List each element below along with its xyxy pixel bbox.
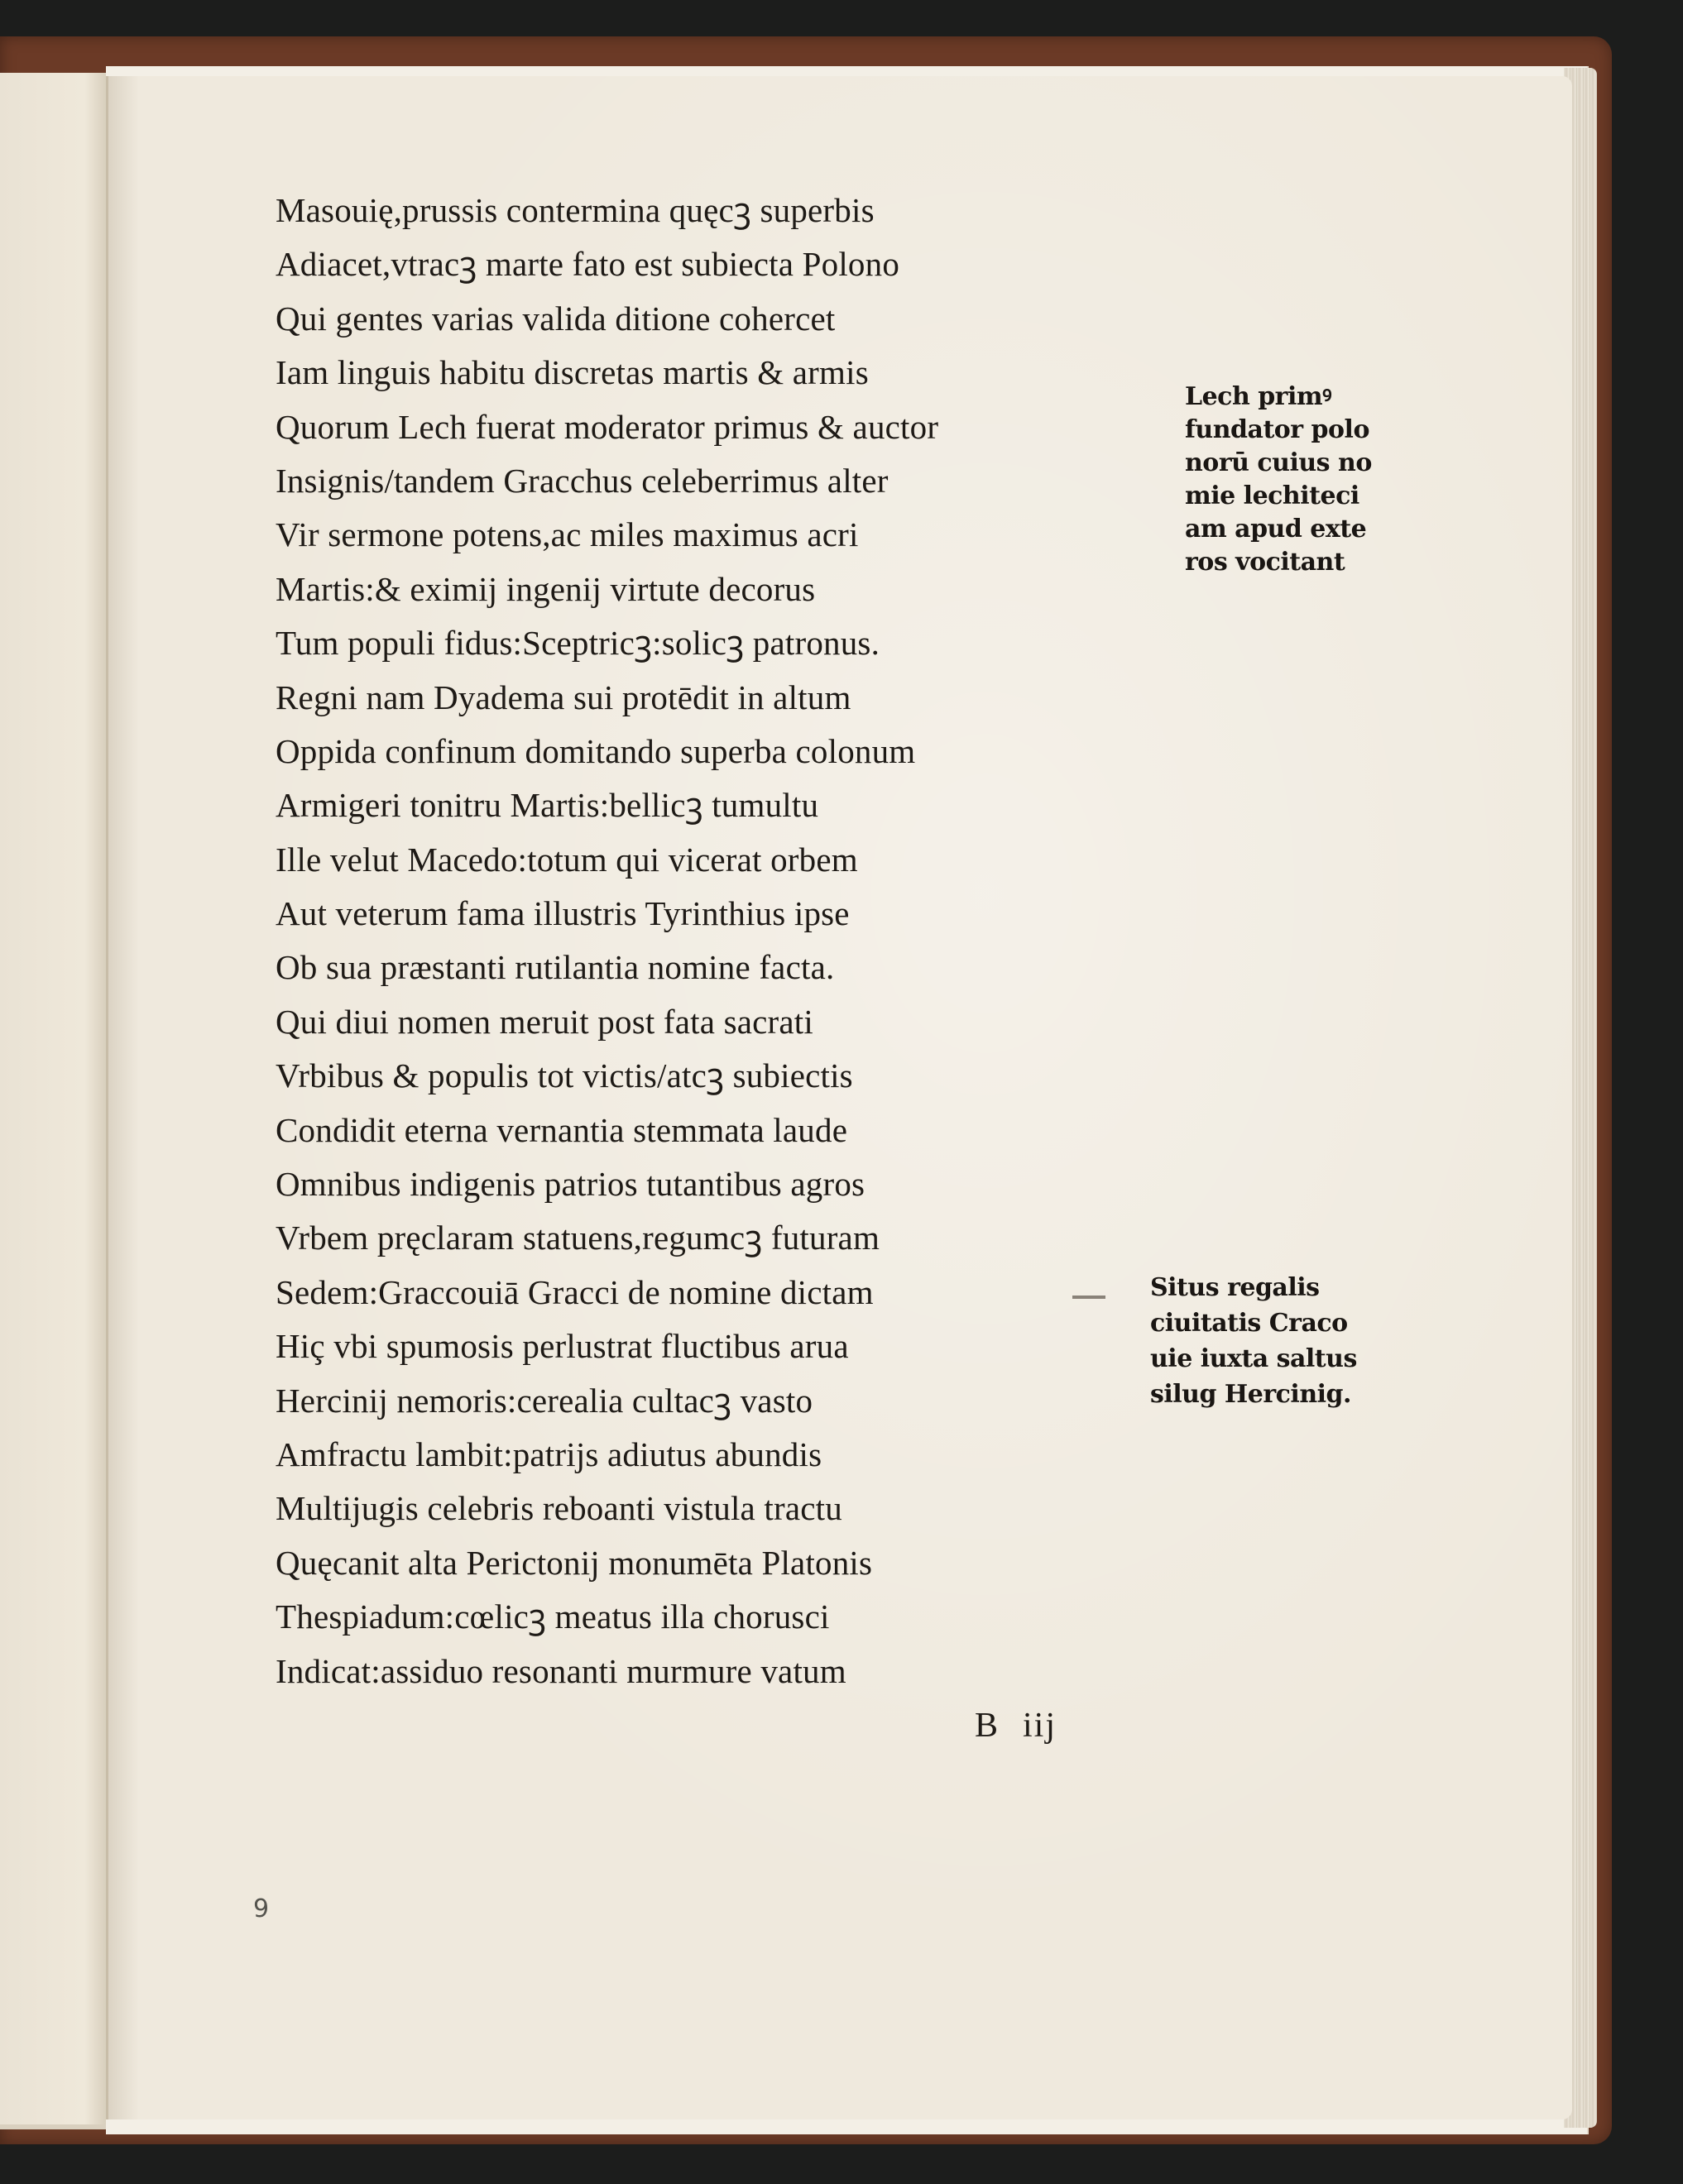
signature-letter: B xyxy=(975,1707,1000,1745)
verse-line: Armigeri tonitru Martis:bellicꝫ tumultu xyxy=(276,778,938,832)
verse-line: Vrbem pręclaram statuens,regumcꝫ futuram xyxy=(276,1211,938,1265)
note-line: silug Hercinig. xyxy=(1150,1377,1357,1412)
note-line: norū cuius no xyxy=(1185,447,1372,480)
note-line: ros vocitant xyxy=(1185,546,1372,579)
margin-pointer-dash xyxy=(1072,1296,1105,1299)
note-line: uie iuxta saltus xyxy=(1150,1341,1357,1377)
note-line: am apud exte xyxy=(1185,513,1372,546)
left-page-edge xyxy=(0,73,106,2129)
note-line: Situs regalis xyxy=(1150,1270,1357,1305)
marginal-note-situs: Situs regalis ciuitatis Craco uie iuxta … xyxy=(1150,1270,1357,1412)
verse-block: Masouię,prussis contermina quęcꝫ superbi… xyxy=(276,184,938,1698)
verse-line: Omnibus indigenis patrios tutantibus agr… xyxy=(276,1157,938,1211)
verse-line: Amfractu lambit:patrijs adiutus abundis xyxy=(276,1428,938,1482)
verse-line: Thespiadum:cœlicꝫ meatus illa chorusci xyxy=(276,1590,938,1644)
verse-line: Regni nam Dyadema sui protēdit in altum xyxy=(276,671,938,725)
marginal-note-lech: Lech primꝰ fundator polo norū cuius no m… xyxy=(1185,381,1372,579)
verse-line: Martis:& eximij ingenij virtute decorus xyxy=(276,563,938,616)
verse-line: Condidit eterna vernantia stemmata laude xyxy=(276,1104,938,1157)
verse-line: Quęcanit alta Perictonij monumēta Platon… xyxy=(276,1536,938,1590)
note-line: Lech primꝰ xyxy=(1185,381,1372,414)
signature-number: iij xyxy=(1023,1707,1057,1745)
verse-line: Quorum Lech fuerat moderator primus & au… xyxy=(276,400,938,454)
gutter-fold xyxy=(106,76,108,2119)
verse-line: Adiacet,vtracꝫ marte fato est subiecta P… xyxy=(276,237,938,291)
verse-line: Qui diui nomen meruit post fata sacrati xyxy=(276,995,938,1049)
verse-line: Hercinij nemoris:cerealia cultacꝫ vasto xyxy=(276,1374,938,1428)
verse-line: Vrbibus & populis tot victis/atcꝫ subiec… xyxy=(276,1049,938,1103)
note-line: ciuitatis Craco xyxy=(1150,1305,1357,1341)
verse-line: Masouię,prussis contermina quęcꝫ superbi… xyxy=(276,184,938,237)
verse-line: Multijugis celebris reboanti vistula tra… xyxy=(276,1482,938,1535)
note-line: fundator polo xyxy=(1185,414,1372,447)
verse-line: Hiç vbi spumosis perlustrat fluctibus ar… xyxy=(276,1319,938,1373)
verse-line: Insignis/tandem Gracchus celeberrimus al… xyxy=(276,454,938,508)
verse-line: Vir sermone potens,ac miles maximus acri xyxy=(276,508,938,562)
verse-line: Tum populi fidus:Sceptricꝫ:solicꝫ patron… xyxy=(276,616,938,670)
verse-line: Ob sua præstanti rutilantia nomine facta… xyxy=(276,941,938,994)
signature-mark: Biij xyxy=(975,1706,1057,1746)
verse-line: Ille velut Macedo:totum qui vicerat orbe… xyxy=(276,833,938,887)
verse-line: Indicat:assiduo resonanti murmure vatum xyxy=(276,1645,938,1698)
pencil-folio-number: 9 xyxy=(253,1894,269,1923)
verse-line: Aut veterum fama illustris Tyrinthius ip… xyxy=(276,887,938,941)
verse-line: Iam linguis habitu discretas martis & ar… xyxy=(276,346,938,400)
verse-line: Qui gentes varias valida ditione coherce… xyxy=(276,292,938,346)
verse-line: Oppida confinum domitando superba colonu… xyxy=(276,725,938,778)
verse-line: Sedem:Graccouiā Gracci de nomine dictam xyxy=(276,1266,938,1319)
note-line: mie lechiteci xyxy=(1185,480,1372,513)
